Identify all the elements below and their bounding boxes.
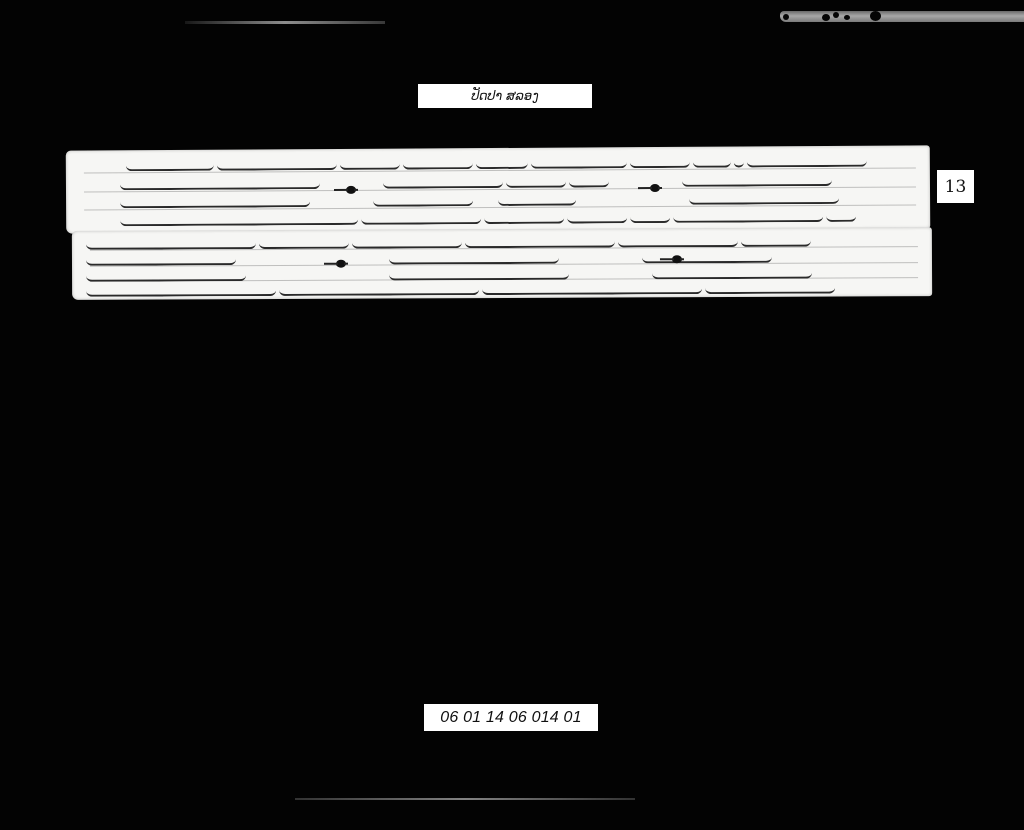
scan-border-top-left [185, 21, 385, 24]
manuscript-title: ປັດປາ ສລອງ [472, 89, 539, 104]
script-line [120, 207, 910, 226]
string-hole [336, 260, 346, 268]
scan-border-top-right [780, 11, 1024, 22]
string-hole [650, 184, 660, 192]
palm-leaf-1 [66, 145, 930, 233]
manuscript-title-label: ປັດປາ ສລອງ [418, 84, 592, 108]
palm-leaf-2 [72, 227, 932, 300]
catalog-id: 06 01 14 06 014 01 [440, 709, 582, 727]
catalog-id-label: 06 01 14 06 014 01 [424, 704, 598, 731]
page-number: 13 [945, 177, 967, 197]
script-line [86, 279, 906, 297]
string-hole [346, 186, 356, 194]
page-number-label: 13 [937, 170, 974, 203]
scan-border-bottom [295, 798, 635, 800]
string-hole [672, 255, 682, 263]
